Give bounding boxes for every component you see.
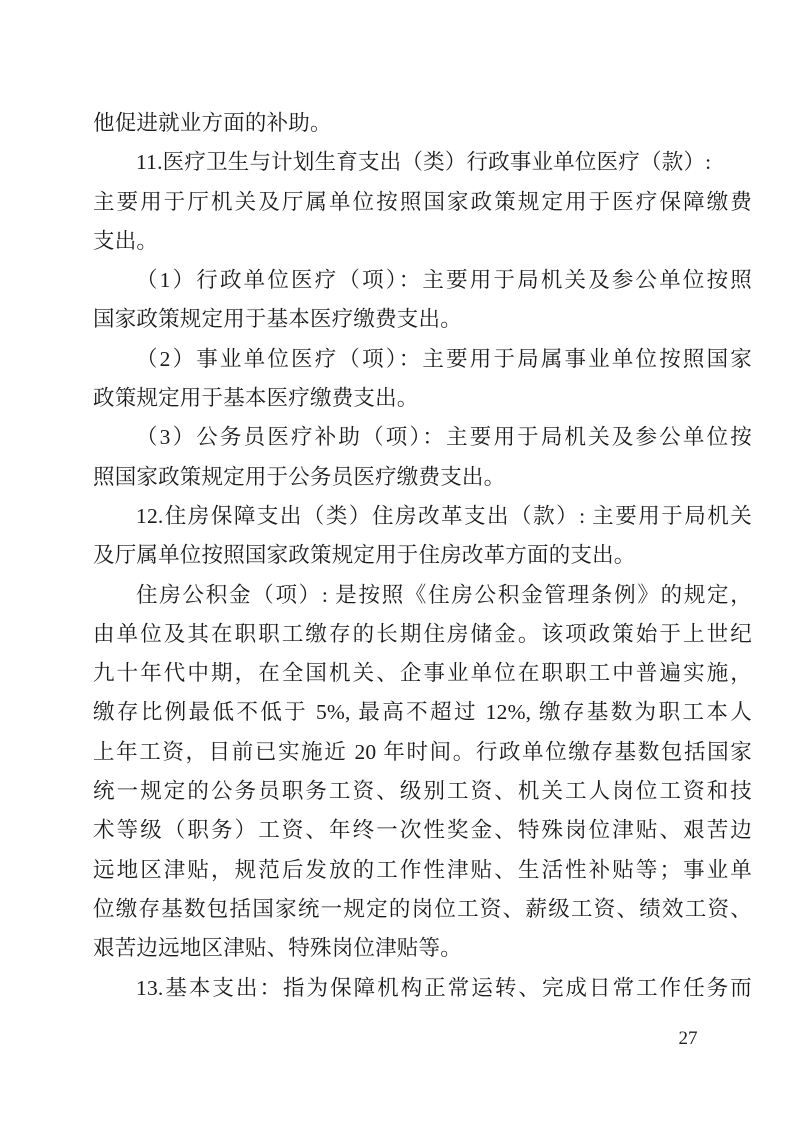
page-number: 27 [666,1026,710,1052]
text-line: 照国家政策规定用于公务员医疗缴费支出。 [93,458,752,497]
paragraph: （1）行政单位医疗（项）：主要用于局机关及参公单位按照国家政策规定用于基本医疗缴… [93,261,752,340]
paragraph: （2）事业单位医疗（项）：主要用于局属事业单位按照国家政策规定用于基本医疗缴费支… [93,340,752,419]
text-line: 术等级（职务）工资、年终一次性奖金、特殊岗位津贴、艰苦边 [93,811,752,850]
text-line: 统一规定的公务员职务工资、级别工资、机关工人岗位工资和技 [93,772,752,811]
text-line: 13.基本支出：指为保障机构正常运转、完成日常工作任务而 [93,969,752,1008]
paragraph: 11.医疗卫生与计划生育支出（类）行政事业单位医疗（款）:主要用于厅机关及厅属单… [93,143,752,261]
text-line: 11.医疗卫生与计划生育支出（类）行政事业单位医疗（款）: [93,143,752,182]
text-line: （2）事业单位医疗（项）：主要用于局属事业单位按照国家 [93,340,752,379]
text-line: 上年工资，目前已实施近 20 年时间。行政单位缴存基数包括国家 [93,733,752,772]
text-line: 住房公积金（项）: 是按照《住房公积金管理条例》的规定， [93,576,752,615]
text-line: 及厅属单位按照国家政策规定用于住房改革方面的支出。 [93,536,752,575]
paragraph: 住房公积金（项）: 是按照《住房公积金管理条例》的规定，由单位及其在职职工缴存的… [93,576,752,969]
document-page: 他促进就业方面的补助。11.医疗卫生与计划生育支出（类）行政事业单位医疗（款）:… [0,0,793,1122]
text-line: 支出。 [93,222,752,261]
text-line: 位缴存基数包括国家统一规定的岗位工资、薪级工资、绩效工资、 [93,890,752,929]
body-text: 他促进就业方面的补助。11.医疗卫生与计划生育支出（类）行政事业单位医疗（款）:… [93,104,752,1008]
text-line: （1）行政单位医疗（项）：主要用于局机关及参公单位按照 [93,261,752,300]
text-line: 缴存比例最低不低于 5%, 最高不超过 12%, 缴存基数为职工本人 [93,693,752,732]
text-line: 主要用于厅机关及厅属单位按照国家政策规定用于医疗保障缴费 [93,183,752,222]
text-line: 艰苦边远地区津贴、特殊岗位津贴等。 [93,929,752,968]
text-line: 12.住房保障支出（类）住房改革支出（款）: 主要用于局机关 [93,497,752,536]
text-line: 由单位及其在职职工缴存的长期住房储金。该项政策始于上世纪 [93,615,752,654]
paragraph: （3）公务员医疗补助（项）：主要用于局机关及参公单位按照国家政策规定用于公务员医… [93,418,752,497]
paragraph: 他促进就业方面的补助。 [93,104,752,143]
text-line: 政策规定用于基本医疗缴费支出。 [93,379,752,418]
paragraph: 12.住房保障支出（类）住房改革支出（款）: 主要用于局机关及厅属单位按照国家政… [93,497,752,576]
paragraph: 13.基本支出：指为保障机构正常运转、完成日常工作任务而 [93,969,752,1008]
text-line: 他促进就业方面的补助。 [93,104,752,143]
text-line: 远地区津贴，规范后发放的工作性津贴、生活性补贴等；事业单 [93,851,752,890]
text-line: 国家政策规定用于基本医疗缴费支出。 [93,300,752,339]
text-line: （3）公务员医疗补助（项）：主要用于局机关及参公单位按 [93,418,752,457]
text-line: 九十年代中期，在全国机关、企事业单位在职职工中普遍实施， [93,654,752,693]
